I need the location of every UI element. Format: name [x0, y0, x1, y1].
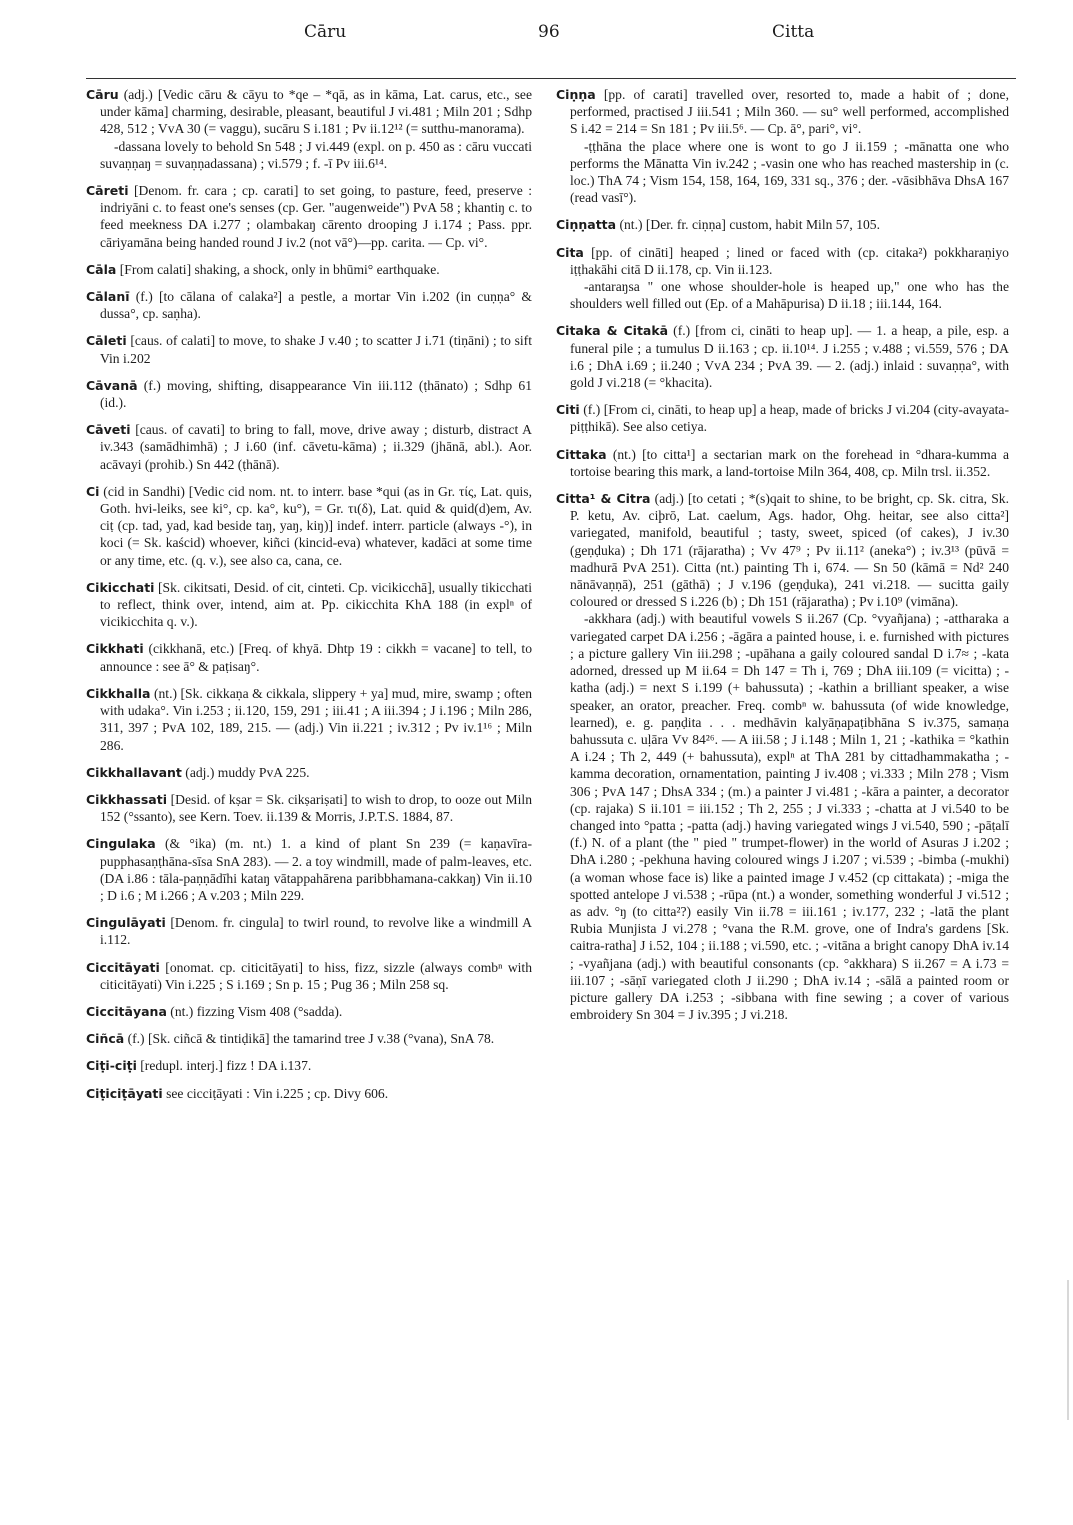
- entry-definition: (nt.) fizzing Vism 408 (°sadda).: [170, 1004, 342, 1019]
- headword: Ciñcā: [86, 1031, 124, 1046]
- entry-definition: (adj.) [to cetati ; *(s)qait to shine, t…: [570, 491, 1009, 609]
- dictionary-entry: Cingulāyati [Denom. fr. cingula] to twir…: [86, 914, 532, 948]
- right-guide-word: Citta: [772, 22, 814, 42]
- dictionary-entry: Cālanī (f.) [to cālana of calaka²] a pes…: [86, 288, 532, 322]
- headword: Cingulāyati: [86, 915, 166, 930]
- headword: Cikkhati: [86, 641, 144, 656]
- dictionary-entry: Cittaka (nt.) [to citta¹] a sectarian ma…: [556, 446, 1009, 480]
- headword: Cāleti: [86, 333, 127, 348]
- entry-definition: [From calati] shaking, a shock, only in …: [120, 262, 440, 277]
- header-rule: [86, 78, 1016, 79]
- dictionary-entry: Cāvanā (f.) moving, shifting, disappeara…: [86, 377, 532, 411]
- headword: Citi: [556, 402, 580, 417]
- headword: Ciṇṇatta: [556, 217, 616, 232]
- headword: Cikkhassati: [86, 792, 167, 807]
- page-edge-shadow: [1067, 1280, 1069, 1420]
- entry-compounds: -dassana lovely to behold Sn 548 ; J vi.…: [100, 138, 532, 172]
- left-column: Cāru (adj.) [Vedic cāru & cāyu to *qe – …: [86, 86, 532, 1112]
- entry-definition: (f.) [Sk. ciñcā & tintiḍikā] the tamarin…: [128, 1031, 495, 1046]
- headword: Ciccitāyana: [86, 1004, 167, 1019]
- dictionary-entry: Cikkhassati [Desid. of kṣar = Sk. cikṣar…: [86, 791, 532, 825]
- headword: Ciccitāyati: [86, 960, 160, 975]
- headword: Cita: [556, 245, 584, 260]
- entry-definition: (f.) [From ci, cināti, to heap up] a hea…: [570, 402, 1009, 434]
- dictionary-entry: Cikkhalla (nt.) [Sk. cikkaṇa & cikkala, …: [86, 685, 532, 754]
- dictionary-entry: Ciṇṇatta (nt.) [Der. fr. ciṇṇa] custom, …: [556, 216, 1009, 233]
- dictionary-entry: Ciccitāyati [onomat. cp. citicitāyati] t…: [86, 959, 532, 993]
- dictionary-entry: Cāleti [caus. of calati] to move, to sha…: [86, 332, 532, 366]
- entry-definition: (& °ika) (m. nt.) 1. a kind of plant Sn …: [100, 836, 532, 903]
- dictionary-entry: Citta¹ & Citra (adj.) [to cetati ; *(s)q…: [556, 490, 1009, 1023]
- page-number: 96: [538, 22, 560, 42]
- dictionary-entry: Ciṭi-ciṭi [redupl. interj.] fizz ! DA i.…: [86, 1057, 532, 1074]
- headword: Ciṭiciṭāyati: [86, 1086, 163, 1101]
- entry-definition: see cicciṭāyati : Vin i.225 ; cp. Divy 6…: [166, 1086, 388, 1101]
- dictionary-entry: Ciccitāyana (nt.) fizzing Vism 408 (°sad…: [86, 1003, 532, 1020]
- running-header: Cāru 96 Citta: [84, 16, 1014, 56]
- right-column: Ciṇṇa [pp. of carati] travelled over, re…: [556, 86, 1009, 1033]
- entry-definition: [Sk. cikitsati, Desid. of cit, cinteti. …: [100, 580, 532, 629]
- entry-definition: (nt.) [Sk. cikkaṇa & cikkala, slippery +…: [100, 686, 532, 753]
- headword: Cāla: [86, 262, 116, 277]
- left-guide-word: Cāru: [304, 22, 346, 42]
- entry-compounds: -ṭṭhāna the place where one is wont to g…: [570, 138, 1009, 207]
- headword: Cikkhalla: [86, 686, 150, 701]
- entry-definition: [pp. of carati] travelled over, resorted…: [570, 87, 1009, 136]
- entry-definition: (adj.) muddy PvA 225.: [185, 765, 309, 780]
- entry-definition: (nt.) [to citta¹] a sectarian mark on th…: [570, 447, 1009, 479]
- entry-definition: (f.) [to cālana of calaka²] a pestle, a …: [100, 289, 532, 321]
- headword: Cāreti: [86, 183, 129, 198]
- dictionary-entry: Cāru (adj.) [Vedic cāru & cāyu to *qe – …: [86, 86, 532, 172]
- headword: Ci: [86, 484, 99, 499]
- headword: Cāvanā: [86, 378, 138, 393]
- dictionary-entry: Cāveti [caus. of cavati] to bring to fal…: [86, 421, 532, 473]
- entry-definition: [redupl. interj.] fizz ! DA i.137.: [140, 1058, 311, 1073]
- entry-definition: (f.) moving, shifting, disappearance Vin…: [100, 378, 532, 410]
- headword: Cikicchati: [86, 580, 154, 595]
- entry-definition: [caus. of cavati] to bring to fall, move…: [100, 422, 532, 471]
- headword: Ciṭi-ciṭi: [86, 1058, 137, 1073]
- dictionary-entry: Ciṇṇa [pp. of carati] travelled over, re…: [556, 86, 1009, 206]
- headword: Ciṇṇa: [556, 87, 596, 102]
- entry-definition: [pp. of cināti] heaped ; lined or faced …: [570, 245, 1009, 277]
- dictionary-entry: Cāreti [Denom. fr. cara ; cp. carati] to…: [86, 182, 532, 251]
- headword: Citaka & Citakā: [556, 323, 668, 338]
- entry-compounds: -akkhara (adj.) with beautiful vowels S …: [570, 610, 1009, 1023]
- dictionary-entry: Cita [pp. of cināti] heaped ; lined or f…: [556, 244, 1009, 313]
- headword: Cikkhallavant: [86, 765, 182, 780]
- dictionary-entry: Citi (f.) [From ci, cināti, to heap up] …: [556, 401, 1009, 435]
- dictionary-entry: Cikkhallavant (adj.) muddy PvA 225.: [86, 764, 532, 781]
- headword: Cāru: [86, 87, 119, 102]
- dictionary-entry: Cingulaka (& °ika) (m. nt.) 1. a kind of…: [86, 835, 532, 904]
- headword: Citta¹ & Citra: [556, 491, 651, 506]
- entry-definition: [onomat. cp. citicitāyati] to hiss, fizz…: [100, 960, 532, 992]
- entry-definition: [Denom. fr. cara ; cp. carati] to set go…: [100, 183, 532, 250]
- dictionary-entry: Ci (cid in Sandhi) [Vedic cid nom. nt. t…: [86, 483, 532, 569]
- dictionary-entry: Cāla [From calati] shaking, a shock, onl…: [86, 261, 532, 278]
- dictionary-entry: Citaka & Citakā (f.) [from ci, cināti to…: [556, 322, 1009, 391]
- dictionary-entry: Ciñcā (f.) [Sk. ciñcā & tintiḍikā] the t…: [86, 1030, 532, 1047]
- dictionary-entry: Ciṭiciṭāyati see cicciṭāyati : Vin i.225…: [86, 1085, 532, 1102]
- dictionary-entry: Cikkhati (cikkhanā, etc.) [Freq. of khyā…: [86, 640, 532, 674]
- entry-definition: (adj.) [Vedic cāru & cāyu to *qe – *qā, …: [100, 87, 532, 136]
- entry-compounds: -antaraŋsa " one whose shoulder-hole is …: [570, 278, 1009, 312]
- entry-definition: (cikkhanā, etc.) [Freq. of khyā. Dhtp 19…: [100, 641, 532, 673]
- entry-definition: [caus. of calati] to move, to shake J v.…: [100, 333, 532, 365]
- headword: Cittaka: [556, 447, 607, 462]
- entry-definition: (cid in Sandhi) [Vedic cid nom. nt. to i…: [100, 484, 532, 568]
- entry-definition: (nt.) [Der. fr. ciṇṇa] custom, habit Mil…: [619, 217, 880, 232]
- dictionary-entry: Cikicchati [Sk. cikitsati, Desid. of cit…: [86, 579, 532, 631]
- headword: Cingulaka: [86, 836, 156, 851]
- headword: Cāveti: [86, 422, 131, 437]
- headword: Cālanī: [86, 289, 130, 304]
